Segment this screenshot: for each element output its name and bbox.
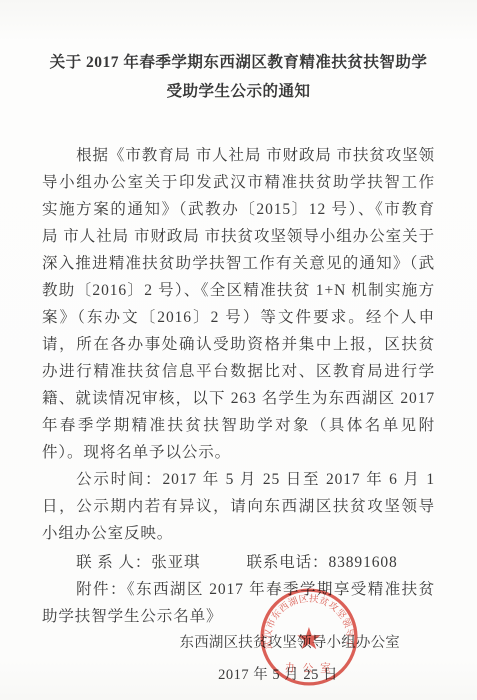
attachment-line: 附件：《东西湖区 2017 年春季学期享受精准扶贫助学扶智学生公示名单》 bbox=[42, 576, 435, 630]
signature-organization: 东西湖区扶贫攻坚领导小组办公室 bbox=[42, 630, 435, 657]
title-line-1: 关于 2017 年春季学期东西湖区教育精准扶贫扶智助学 bbox=[42, 48, 435, 77]
document-body: 根据《市教育局 市人社局 市财政局 市扶贫攻坚领导小组办公室关于印发武汉市精准扶… bbox=[42, 142, 435, 689]
contact-person-label: 联 系 人： bbox=[76, 554, 151, 571]
signature-date: 2017 年 5 月 25 日 bbox=[42, 662, 435, 689]
title-line-2: 受助学生公示的通知 bbox=[42, 77, 435, 106]
contact-person-name: 张亚琪 bbox=[151, 554, 200, 571]
paragraph-publicity-period: 公示时间：2017 年 5 月 25 日至 2017 年 6 月 1 日，公示期… bbox=[42, 466, 435, 547]
notice-document-page: 关于 2017 年春季学期东西湖区教育精准扶贫扶智助学 受助学生公示的通知 根据… bbox=[0, 0, 477, 700]
signature-block: 东西湖区扶贫攻坚领导小组办公室 2017 年 5 月 25 日 bbox=[42, 630, 435, 689]
document-content: 关于 2017 年春季学期东西湖区教育精准扶贫扶智助学 受助学生公示的通知 根据… bbox=[42, 48, 435, 689]
contact-line: 联 系 人：张亚琪联系电话：83891608 bbox=[42, 549, 435, 576]
document-title: 关于 2017 年春季学期东西湖区教育精准扶贫扶智助学 受助学生公示的通知 bbox=[42, 48, 435, 106]
contact-phone-number: 83891608 bbox=[328, 554, 397, 571]
paragraph-basis: 根据《市教育局 市人社局 市财政局 市扶贫攻坚领导小组办公室关于印发武汉市精准扶… bbox=[42, 142, 435, 466]
contact-phone-label: 联系电话： bbox=[246, 554, 328, 571]
